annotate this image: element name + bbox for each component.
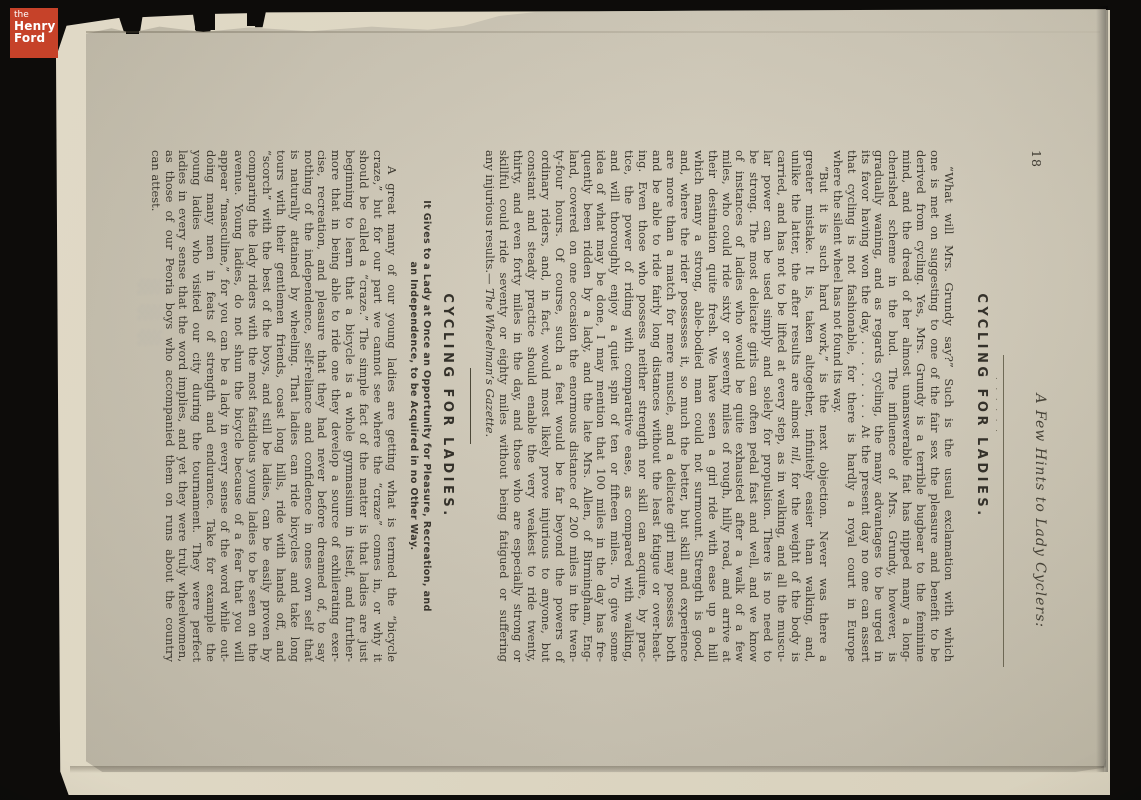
text-line: “But it is such hard work,” is the next …	[816, 150, 830, 662]
text-line: appear “masculine,” for you can be a lad…	[217, 150, 231, 662]
text-line: “What will Mrs. Grundy say?” Such is the…	[941, 150, 955, 662]
text-line: one is met on suggesting to one of the f…	[927, 150, 941, 662]
text-line: young ladies who visited our city during…	[190, 150, 204, 662]
text-line: thirty, and even forty miles in the day,…	[510, 150, 524, 662]
text-line: cise, recreation, and pleasure that they…	[315, 150, 329, 662]
section-divider-rule	[470, 368, 471, 444]
paper-tear-notch	[247, 9, 256, 26]
text-line: ladies in every sense that the word impl…	[176, 150, 190, 662]
text-line: greater mistake. It is, taken altogether…	[802, 150, 816, 662]
header-ornament: · · · · · ·	[992, 150, 1000, 662]
running-title: A Few Hints to Lady Cyclers:	[1032, 150, 1048, 662]
text-line: tours with their gentlemen friends, coas…	[273, 150, 287, 662]
text-line: can attest.	[148, 150, 162, 662]
page-bottom-fold	[70, 766, 1104, 773]
text-line: tice, the power of riding with comparati…	[621, 150, 635, 662]
text-line: cherished scheme in the bud. The influen…	[886, 150, 900, 662]
text-line: more that in being able to ride one they…	[329, 150, 343, 662]
text-line: gradually waning, and as regards cycling…	[872, 150, 886, 662]
subtitle-line: It Gives to a Lady at Once an Opportunit…	[421, 150, 432, 662]
section1-heading: CYCLING FOR LADIES.	[974, 150, 989, 662]
text-line: nothing of the independence, self-relian…	[301, 150, 315, 662]
text-line: mind, and the dread of her almost unansw…	[899, 150, 913, 662]
section2-heading: CYCLING FOR LADIES.	[440, 150, 455, 662]
text-line: “scorch” with the best of the boys, and …	[259, 150, 273, 662]
text-line: comparing the lady riders with the most …	[245, 150, 259, 662]
text-line: should be called a “craze.” The simple f…	[356, 150, 370, 662]
page-right-edge-shadow	[1096, 6, 1108, 772]
text-line: lar power can be used simply and solely …	[760, 150, 774, 662]
text-line: be strong. The most delicate girls can o…	[747, 150, 761, 662]
text-line: of instances of ladies who would be quit…	[733, 150, 747, 662]
text-line: miles, who could ride sixty or seventy m…	[719, 150, 733, 662]
text-line: its favor having won the day, . . . . . …	[858, 150, 872, 662]
text-line: ing. Even those who possess neither stre…	[635, 150, 649, 662]
text-line: land, covered on one occasion the enormo…	[566, 150, 580, 662]
henry-ford-logo: the Henry Ford	[10, 8, 58, 58]
text-line: ty-four hours. Of course, such a feat wo…	[552, 150, 566, 662]
text-line: and, where the rider possesses it, so mu…	[677, 150, 691, 662]
text-line: carried, and has not to be lifted at eve…	[774, 150, 788, 662]
header-rule	[1003, 355, 1004, 667]
text-line: idea of what may be done, I may mention …	[594, 150, 608, 662]
ghost-offset-marks: ░░░	[138, 280, 162, 356]
text-line: derived from cycling. Yes, Mrs. Grundy i…	[913, 150, 927, 662]
text-line: doing many men in feats of strength and …	[203, 150, 217, 662]
page-content-rotated: 18 A Few Hints to Lady Cyclers: · · · · …	[140, 150, 1060, 690]
text-line: are more than a match for mere muscle, a…	[663, 150, 677, 662]
text-line: where the silent wheel has not found its…	[830, 150, 844, 662]
paper-tear-notch	[195, 6, 215, 30]
text-line: and will thoroughly enjoy a quiet spin o…	[608, 150, 622, 662]
text-line: any injurious results.— The Wheelman’s G…	[482, 150, 496, 662]
scanned-book-photo: 18 A Few Hints to Lady Cyclers: · · · · …	[0, 0, 1141, 800]
logo-text: Ford	[14, 32, 58, 44]
text-line: which many a strong, able-bodied man cou…	[691, 150, 705, 662]
text-line: A great many of our young ladies are get…	[384, 150, 398, 662]
text-line: that cycling is not fashionable, for the…	[844, 150, 858, 662]
text-line: constant and steady practice should enab…	[524, 150, 538, 662]
subtitle-line: an Independence, to be Acquired in no Ot…	[408, 150, 419, 662]
text-line: craze,” but for our part we cannot see w…	[370, 150, 384, 662]
text-line: beginning to learn that a bicycle is a w…	[342, 150, 356, 662]
text-line: skillful could ride seventy or eighty mi…	[496, 150, 510, 662]
text-line: as those of our Peoria boys who accompan…	[162, 150, 176, 662]
page-top-crease	[86, 31, 1100, 33]
text-line: their destination quite fresh. We have s…	[705, 150, 719, 662]
text-line: avenue. Young ladies, do not shun the bi…	[231, 150, 245, 662]
text-line: is naturally attained by wheeling. That …	[287, 150, 301, 662]
text-line: and be able to ride fairly long distance…	[649, 150, 663, 662]
text-line: ordinary riders, and, in fact, would mos…	[538, 150, 552, 662]
text-line: quently been ridden by a lady, and the l…	[580, 150, 594, 662]
text-line: unlike the latter, the after results are…	[788, 150, 802, 662]
